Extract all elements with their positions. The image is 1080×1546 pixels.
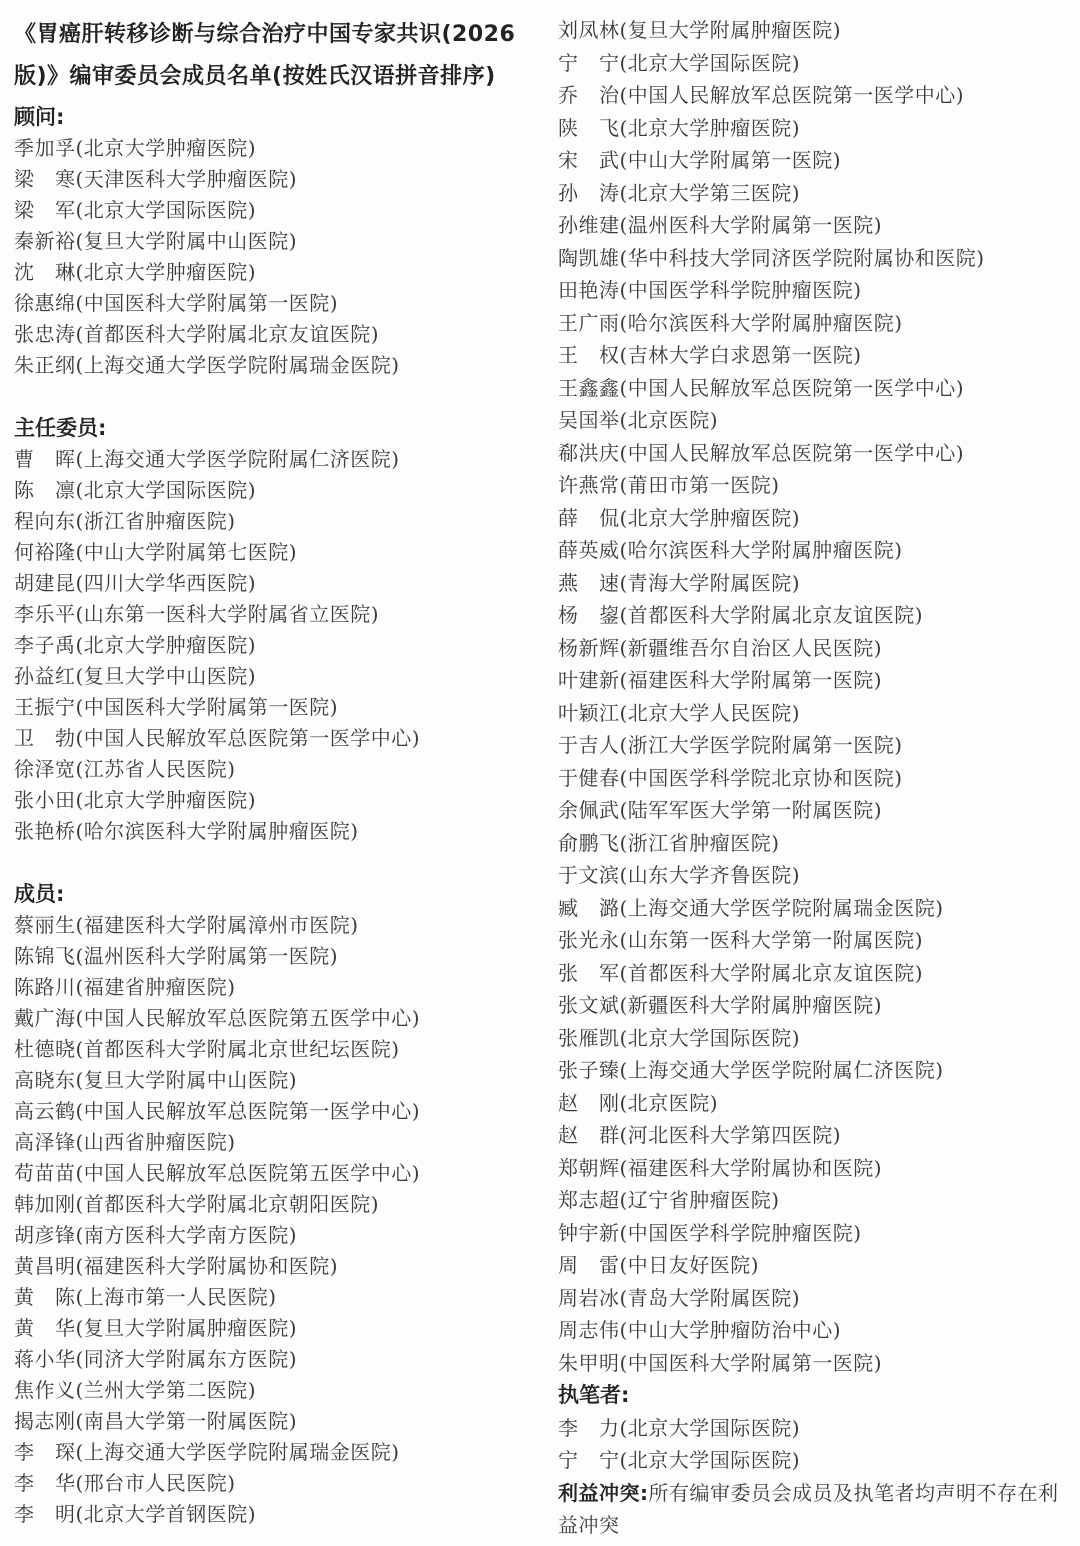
member-item: 陈路川(福建省肿瘤医院)	[14, 972, 542, 1003]
member-item: 卫 勃(中国人民解放军总医院第一医学中心)	[14, 723, 542, 754]
member-item: 秦新裕(复旦大学附属中山医院)	[14, 226, 542, 257]
member-item: 王广雨(哈尔滨医科大学附属肿瘤医院)	[558, 307, 1066, 340]
member-item: 陕 飞(北京大学肿瘤医院)	[558, 112, 1066, 145]
member-item: 张雁凯(北京大学国际医院)	[558, 1022, 1066, 1055]
two-column-layout: 《胃癌肝转移诊断与综合治疗中国专家共识(2026版)》编审委员会成员名单(按姓氏…	[14, 14, 1066, 1542]
chairs-list: 曹 晖(上海交通大学医学院附属仁济医院)陈 凛(北京大学国际医院)程向东(浙江省…	[14, 444, 542, 847]
member-item: 胡建昆(四川大学华西医院)	[14, 568, 542, 599]
member-item: 郑志超(辽宁省肿瘤医院)	[558, 1184, 1066, 1217]
member-item: 焦作义(兰州大学第二医院)	[14, 1375, 542, 1406]
member-item: 朱正纲(上海交通大学医学院附属瑞金医院)	[14, 350, 542, 381]
member-item: 于吉人(浙江大学医学院附属第一医院)	[558, 729, 1066, 762]
member-item: 叶建新(福建医科大学附属第一医院)	[558, 664, 1066, 697]
member-item: 吴国举(北京医院)	[558, 404, 1066, 437]
conflict-label: 利益冲突:	[558, 1481, 649, 1505]
member-item: 余佩武(陆军军医大学第一附属医院)	[558, 794, 1066, 827]
member-item: 赵 刚(北京医院)	[558, 1087, 1066, 1120]
member-item: 季加孚(北京大学肿瘤医院)	[14, 133, 542, 164]
member-item: 沈 琳(北京大学肿瘤医院)	[14, 257, 542, 288]
member-item: 张子臻(上海交通大学医学院附属仁济医院)	[558, 1054, 1066, 1087]
member-item: 王 权(吉林大学白求恩第一医院)	[558, 339, 1066, 372]
section-heading-members: 成员:	[14, 879, 542, 910]
member-item: 何裕隆(中山大学附属第七医院)	[14, 537, 542, 568]
right-column: 刘凤林(复旦大学附属肿瘤医院)宁 宁(北京大学国际医院)乔 治(中国人民解放军总…	[558, 14, 1066, 1542]
member-item: 王鑫鑫(中国人民解放军总医院第一医学中心)	[558, 372, 1066, 405]
left-column: 《胃癌肝转移诊断与综合治疗中国专家共识(2026版)》编审委员会成员名单(按姓氏…	[14, 14, 542, 1542]
member-item: 赵 群(河北医科大学第四医院)	[558, 1119, 1066, 1152]
member-item: 郑朝辉(福建医科大学附属协和医院)	[558, 1152, 1066, 1185]
member-item: 薛英威(哈尔滨医科大学附属肿瘤医院)	[558, 534, 1066, 567]
member-item: 周岩冰(青岛大学附属医院)	[558, 1282, 1066, 1315]
member-item: 李 琛(上海交通大学医学院附属瑞金医院)	[14, 1437, 542, 1468]
member-item: 周 雷(中日友好医院)	[558, 1249, 1066, 1282]
members-list-left: 蔡丽生(福建医科大学附属漳州市医院)陈锦飞(温州医科大学附属第一医院)陈路川(福…	[14, 910, 542, 1530]
member-item: 徐惠绵(中国医科大学附属第一医院)	[14, 288, 542, 319]
member-item: 杨 鋆(首都医科大学附属北京友谊医院)	[558, 599, 1066, 632]
member-item: 张光永(山东第一医科大学第一附属医院)	[558, 924, 1066, 957]
member-item: 张忠涛(首都医科大学附属北京友谊医院)	[14, 319, 542, 350]
member-item: 郗洪庆(中国人民解放军总医院第一医学中心)	[558, 437, 1066, 470]
member-item: 胡彦锋(南方医科大学南方医院)	[14, 1220, 542, 1251]
member-item: 张艳桥(哈尔滨医科大学附属肿瘤医院)	[14, 816, 542, 847]
member-item: 于文滨(山东大学齐鲁医院)	[558, 859, 1066, 892]
member-item: 陈 凛(北京大学国际医院)	[14, 475, 542, 506]
member-item: 李 力(北京大学国际医院)	[558, 1412, 1066, 1445]
member-item: 蔡丽生(福建医科大学附属漳州市医院)	[14, 910, 542, 941]
member-item: 叶颖江(北京大学人民医院)	[558, 697, 1066, 730]
member-item: 孙 涛(北京大学第三医院)	[558, 177, 1066, 210]
member-item: 程向东(浙江省肿瘤医院)	[14, 506, 542, 537]
member-item: 宋 武(中山大学附属第一医院)	[558, 144, 1066, 177]
member-item: 李 明(北京大学首钢医院)	[14, 1499, 542, 1530]
member-item: 孙益红(复旦大学中山医院)	[14, 661, 542, 692]
member-item: 朱甲明(中国医科大学附属第一医院)	[558, 1347, 1066, 1380]
member-item: 梁 寒(天津医科大学肿瘤医院)	[14, 164, 542, 195]
member-item: 高云鹤(中国人民解放军总医院第一医学中心)	[14, 1096, 542, 1127]
member-item: 高晓东(复旦大学附属中山医院)	[14, 1065, 542, 1096]
member-item: 宁 宁(北京大学国际医院)	[558, 1444, 1066, 1477]
member-item: 于健春(中国医学科学院北京协和医院)	[558, 762, 1066, 795]
member-item: 李 华(邢台市人民医院)	[14, 1468, 542, 1499]
advisors-list: 季加孚(北京大学肿瘤医院)梁 寒(天津医科大学肿瘤医院)梁 军(北京大学国际医院…	[14, 133, 542, 381]
members-list-right: 刘凤林(复旦大学附属肿瘤医院)宁 宁(北京大学国际医院)乔 治(中国人民解放军总…	[558, 14, 1066, 1379]
member-item: 李子禹(北京大学肿瘤医院)	[14, 630, 542, 661]
member-item: 燕 速(青海大学附属医院)	[558, 567, 1066, 600]
member-item: 田艳涛(中国医学科学院肿瘤医院)	[558, 274, 1066, 307]
section-heading-chairs: 主任委员:	[14, 413, 542, 444]
member-item: 薛 侃(北京大学肿瘤医院)	[558, 502, 1066, 535]
member-item: 刘凤林(复旦大学附属肿瘤医院)	[558, 14, 1066, 47]
member-item: 梁 军(北京大学国际医院)	[14, 195, 542, 226]
member-item: 杨新辉(新疆维吾尔自治区人民医院)	[558, 632, 1066, 665]
section-heading-advisors: 顾问:	[14, 102, 542, 133]
member-item: 臧 潞(上海交通大学医学院附属瑞金医院)	[558, 892, 1066, 925]
member-item: 李乐平(山东第一医科大学附属省立医院)	[14, 599, 542, 630]
member-item: 宁 宁(北京大学国际医院)	[558, 47, 1066, 80]
section-heading-writers: 执笔者:	[558, 1379, 1066, 1412]
member-item: 俞鹏飞(浙江省肿瘤医院)	[558, 827, 1066, 860]
writers-list: 李 力(北京大学国际医院)宁 宁(北京大学国际医院)	[558, 1412, 1066, 1477]
member-item: 揭志刚(南昌大学第一附属医院)	[14, 1406, 542, 1437]
member-item: 杜德晓(首都医科大学附属北京世纪坛医院)	[14, 1034, 542, 1065]
member-item: 韩加刚(首都医科大学附属北京朝阳医院)	[14, 1189, 542, 1220]
member-item: 高泽锋(山西省肿瘤医院)	[14, 1127, 542, 1158]
document-title: 《胃癌肝转移诊断与综合治疗中国专家共识(2026版)》编审委员会成员名单(按姓氏…	[14, 14, 542, 98]
conflict-statement: 利益冲突:所有编审委员会成员及执笔者均声明不存在利益冲突	[558, 1477, 1066, 1542]
member-item: 蒋小华(同济大学附属东方医院)	[14, 1344, 542, 1375]
member-item: 乔 治(中国人民解放军总医院第一医学中心)	[558, 79, 1066, 112]
member-item: 张 军(首都医科大学附属北京友谊医院)	[558, 957, 1066, 990]
member-item: 张文斌(新疆医科大学附属肿瘤医院)	[558, 989, 1066, 1022]
member-item: 陈锦飞(温州医科大学附属第一医院)	[14, 941, 542, 972]
member-item: 戴广海(中国人民解放军总医院第五医学中心)	[14, 1003, 542, 1034]
document-page: 《胃癌肝转移诊断与综合治疗中国专家共识(2026版)》编审委员会成员名单(按姓氏…	[0, 0, 1080, 1546]
member-item: 黄昌明(福建医科大学附属协和医院)	[14, 1251, 542, 1282]
member-item: 钟宇新(中国医学科学院肿瘤医院)	[558, 1217, 1066, 1250]
member-item: 曹 晖(上海交通大学医学院附属仁济医院)	[14, 444, 542, 475]
member-item: 黄 陈(上海市第一人民医院)	[14, 1282, 542, 1313]
member-item: 孙维建(温州医科大学附属第一医院)	[558, 209, 1066, 242]
member-item: 陶凯雄(华中科技大学同济医学院附属协和医院)	[558, 242, 1066, 275]
member-item: 苟苗苗(中国人民解放军总医院第五医学中心)	[14, 1158, 542, 1189]
member-item: 徐泽宽(江苏省人民医院)	[14, 754, 542, 785]
member-item: 王振宁(中国医科大学附属第一医院)	[14, 692, 542, 723]
member-item: 周志伟(中山大学肿瘤防治中心)	[558, 1314, 1066, 1347]
member-item: 黄 华(复旦大学附属肿瘤医院)	[14, 1313, 542, 1344]
member-item: 许燕常(莆田市第一医院)	[558, 469, 1066, 502]
member-item: 张小田(北京大学肿瘤医院)	[14, 785, 542, 816]
